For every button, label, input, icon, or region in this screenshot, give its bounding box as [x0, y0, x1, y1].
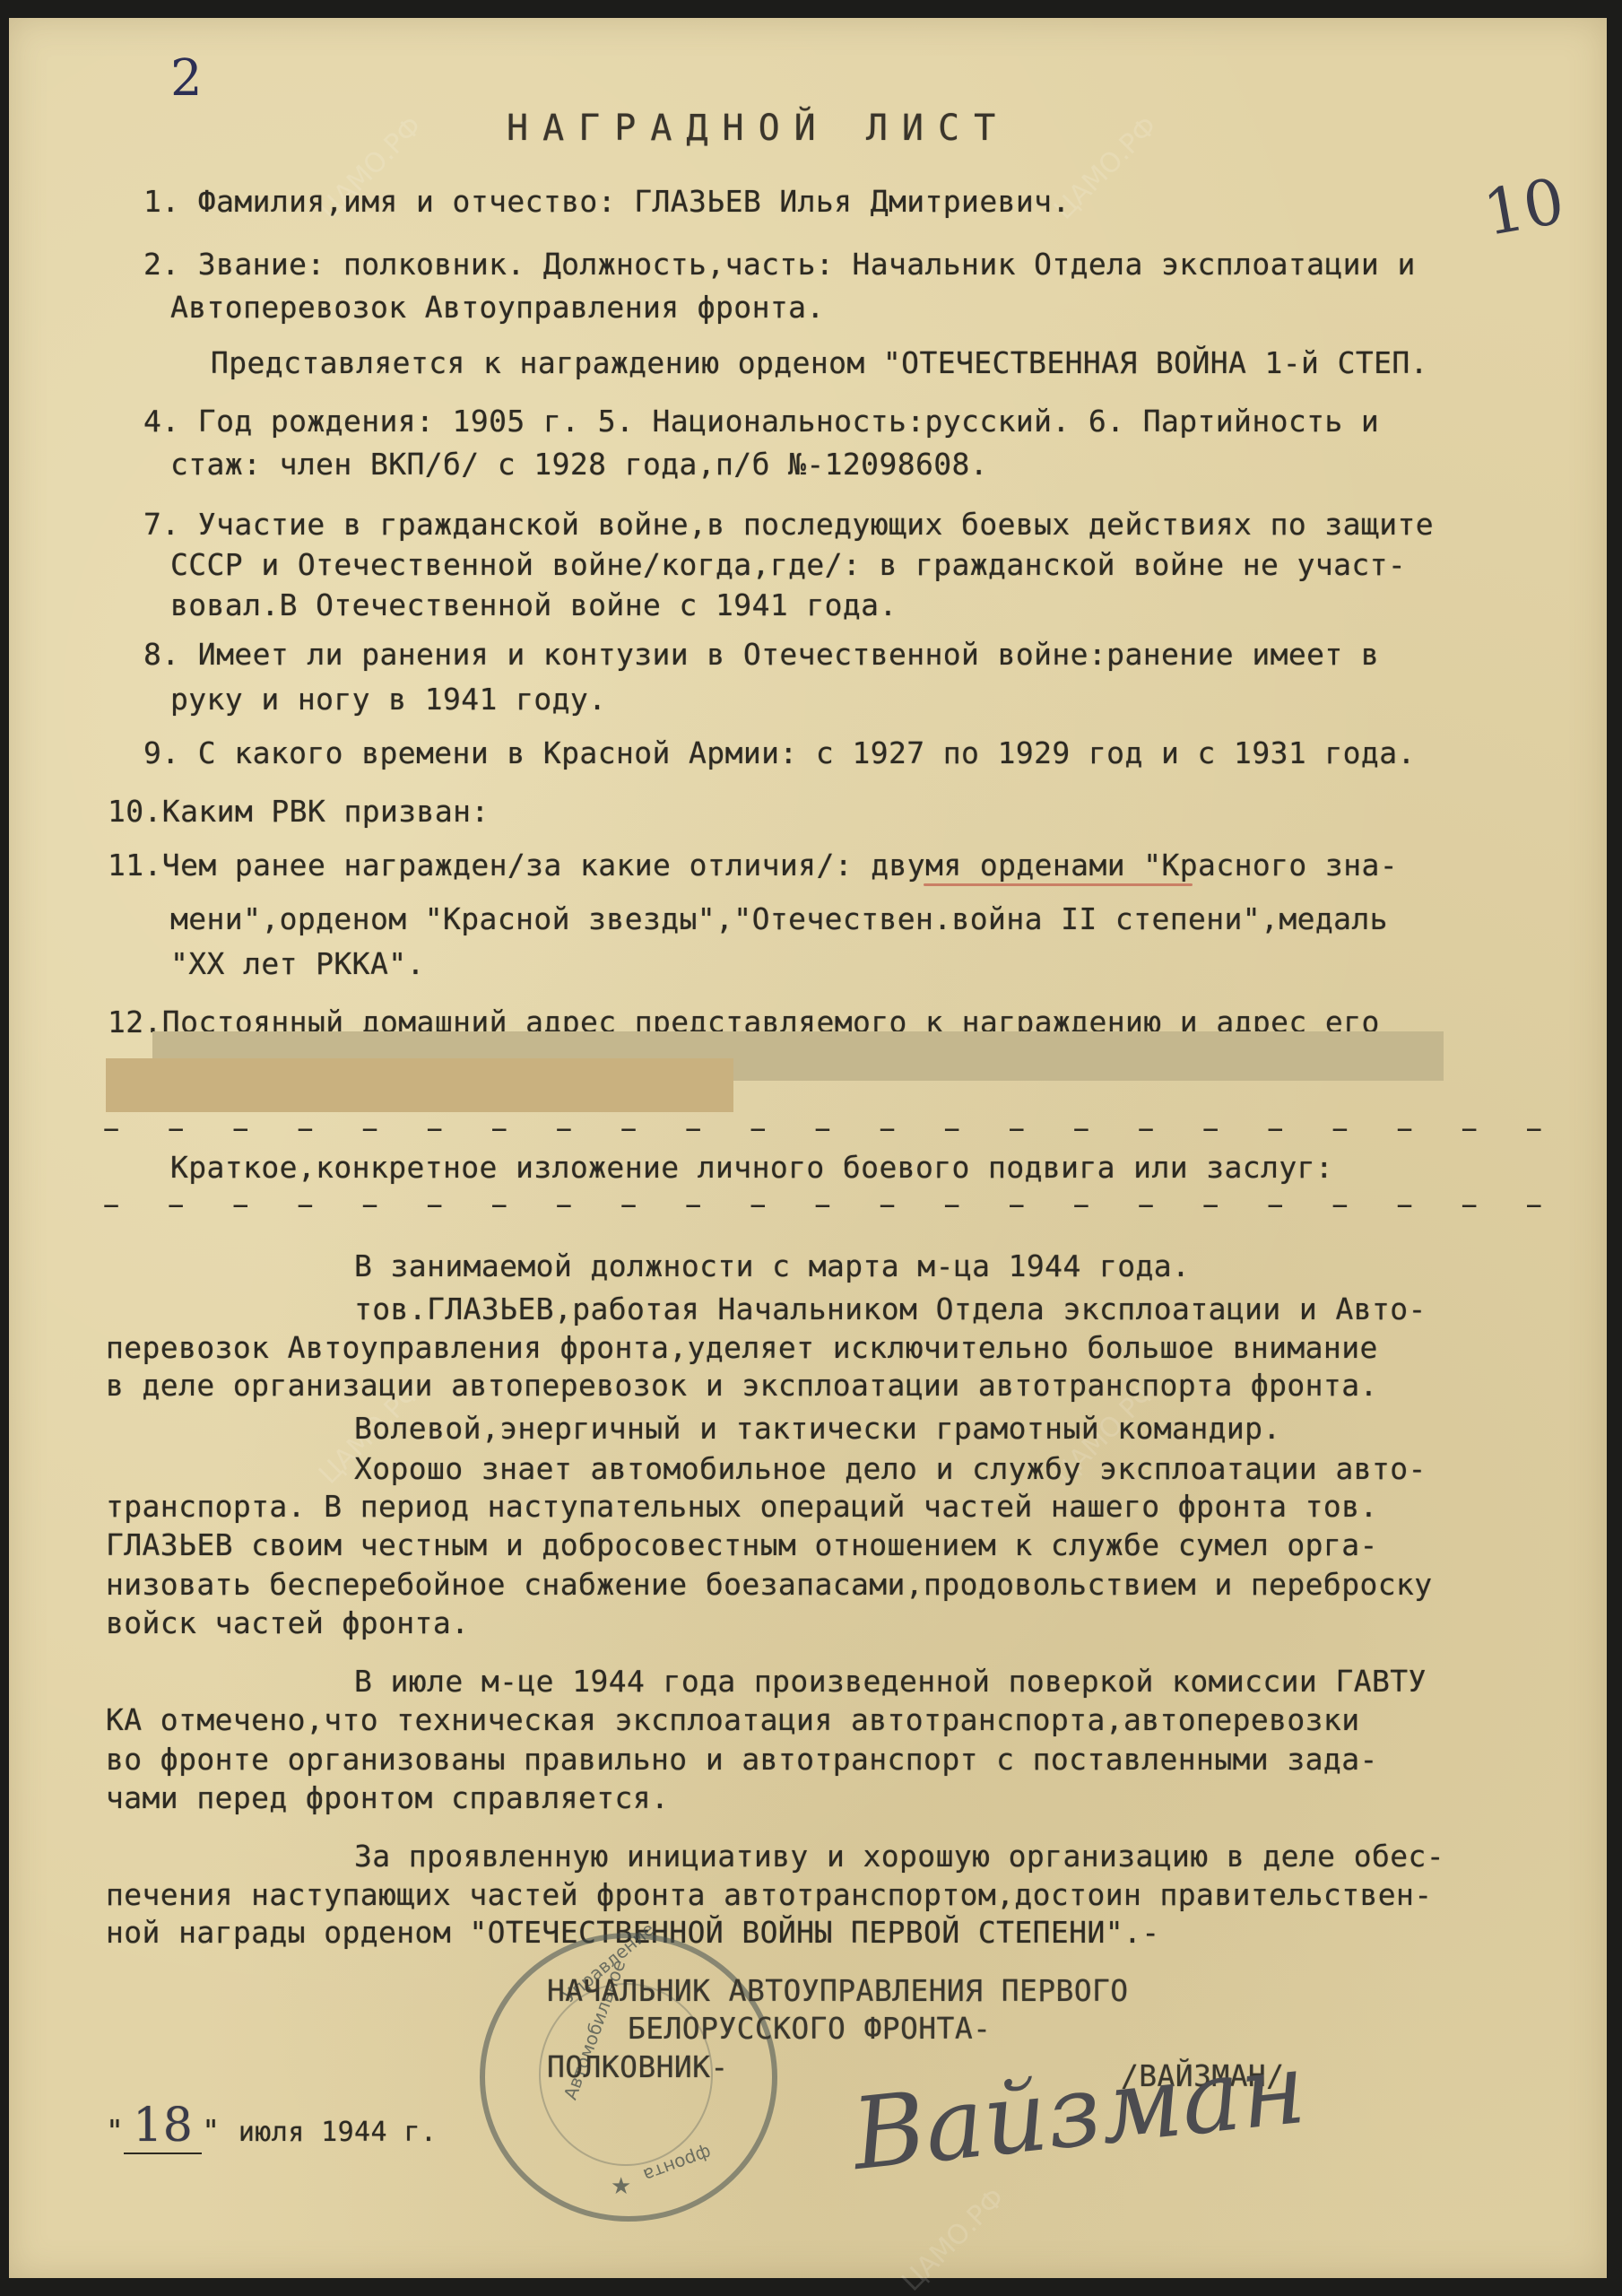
field-party-tenure: стаж: член ВКП/б/ с 1928 года,п/б №-1209…	[170, 447, 988, 482]
field-rank-position-cont: Автоперевозок Автоуправления фронта.	[170, 290, 825, 325]
date-line: "18" июля 1944 г.	[106, 2099, 437, 2152]
date-month-year: июля 1944 г.	[239, 2117, 438, 2148]
field-award-nominated: Представляется к награждению орденом "ОТ…	[211, 345, 1428, 380]
body-line: печения наступающих частей фронта автотр…	[106, 1877, 1433, 1912]
field-civil-war: 7. Участие в гражданской войне,в последу…	[143, 507, 1434, 542]
signer-title-line1: НАЧАЛЬНИК АВТОУПРАВЛЕНИЯ ПЕРВОГО	[547, 1973, 1129, 2008]
field-conscription-office: 10.Каким РВК призван:	[108, 794, 490, 829]
field-red-army-service: 9. С какого времени в Красной Армии: с 1…	[143, 735, 1416, 770]
field-civil-war-cont2: вовал.В Отечественной войне с 1941 года.	[170, 587, 898, 622]
body-line: В занимаемой должности с марта м-ца 1944…	[354, 1248, 1190, 1283]
page-number-mark: 10	[1479, 164, 1570, 250]
body-line: ГЛАЗЬЕВ своим честным и добросовестным о…	[106, 1527, 1378, 1562]
body-line: чами перед фронтом справляется.	[106, 1780, 669, 1815]
award-sheet-page: ЦАМО.РФ ЦАМО.РФ ЦАМО.РФ ЦАМО.РФ ЦАМО.РФ …	[9, 18, 1607, 2278]
field-wounds-cont: руку и ногу в 1941 году.	[170, 682, 606, 717]
body-line: транспорта. В период наступательных опер…	[106, 1489, 1378, 1524]
body-line: войск частей фронта.	[106, 1605, 469, 1640]
date-close-quote: "	[202, 2113, 220, 2148]
field-previous-awards-cont2: "ХХ лет РККА".	[170, 946, 425, 981]
field-birth-nationality-party: 4. Год рождения: 1905 г. 5. Национальнос…	[143, 404, 1379, 439]
body-line: За проявленную инициативу и хорошую орга…	[354, 1839, 1444, 1874]
archive-mark: 2	[170, 49, 203, 108]
body-line: В июле м-це 1944 года произведенной пове…	[354, 1664, 1427, 1699]
body-line: Волевой,энергичный и тактически грамотны…	[354, 1411, 1281, 1446]
body-line: во фронте организованы правильно и автот…	[106, 1742, 1378, 1777]
signer-rank: ПОЛКОВНИК-	[547, 2049, 729, 2084]
date-open-quote: "	[106, 2113, 124, 2148]
field-previous-awards: 11.Чем ранее награжден/за какие отличия/…	[108, 848, 1398, 883]
date-day-handwritten: 18	[124, 2099, 202, 2154]
red-pencil-underline	[924, 883, 1193, 886]
body-line: Хорошо знает автомобильное дело и службу…	[354, 1451, 1427, 1486]
document-title: НАГРАДНОЙ ЛИСТ	[507, 108, 1010, 149]
body-line: тов.ГЛАЗЬЕВ,работая Начальником Отдела э…	[354, 1291, 1427, 1326]
field-previous-awards-cont: мени",орденом "Красной звезды","Отечеств…	[170, 901, 1388, 936]
body-line: перевозок Автоуправления фронта,уделяет …	[106, 1330, 1378, 1365]
redacted-address-block	[106, 1058, 733, 1112]
field-full-name: 1. Фамилия,имя и отчество: ГЛАЗЬЕВ Илья …	[143, 184, 1071, 219]
typed-divider-bottom: = = = = = = = = = = = = = = = = = = = = …	[103, 1193, 1574, 1209]
body-line: в деле организации автоперевозок и экспл…	[106, 1368, 1378, 1403]
body-line: низовать бесперебойное снабжение боезапа…	[106, 1567, 1433, 1602]
handwritten-signature: Вайзман	[847, 2031, 1311, 2192]
field-wounds: 8. Имеет ли ранения и контузии в Отечест…	[143, 637, 1379, 672]
body-line: КА отмечено,что техническая эксплоатация…	[106, 1702, 1359, 1737]
stamp-star-icon: ★	[611, 2173, 631, 2200]
field-civil-war-cont: СССР и Отечественной войне/когда,где/: в…	[170, 547, 1406, 582]
field-rank-position: 2. Звание: полковник. Должность,часть: Н…	[143, 247, 1416, 282]
signer-title-line2: БЕЛОРУССКОГО ФРОНТА-	[628, 2011, 991, 2046]
watermark: ЦАМО.РФ	[896, 2182, 1011, 2296]
typed-divider-top: = = = = = = = = = = = = = = = = = = = = …	[103, 1117, 1574, 1133]
section-heading: Краткое,конкретное изложение личного бое…	[170, 1150, 1333, 1185]
